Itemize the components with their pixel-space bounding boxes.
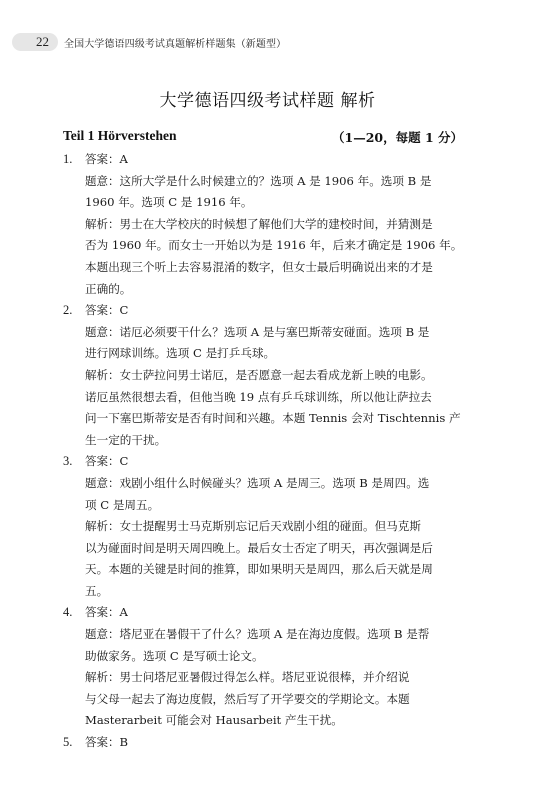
- book-title: 全国大学德语四级考试真题解析样题集（新题型）: [64, 35, 286, 50]
- analysis-line: 五。: [85, 581, 463, 603]
- answer-value: A: [120, 605, 128, 619]
- analysis-label: 解析：: [85, 519, 120, 533]
- answer-label: 答案：: [85, 605, 120, 619]
- answer-label: 答案：: [85, 454, 120, 468]
- analysis-label: 解析：: [85, 217, 120, 231]
- analysis-line: 问一下塞巴斯蒂安是否有时间和兴趣。本题 Tennis 会对 Tischtenni…: [85, 408, 463, 430]
- meaning-text: 这所大学是什么时候建立的？选项 A 是 1906 年。选项 B 是: [120, 174, 432, 188]
- meaning-line: 题意：戏剧小组什么时候碰头？选项 A 是周三。选项 B 是周四。选: [85, 473, 463, 495]
- answer-item: 3. 答案：C 题意：戏剧小组什么时候碰头？选项 A 是周三。选项 B 是周四。…: [63, 451, 463, 602]
- section-score: （1—20，每题 1 分）: [332, 128, 463, 146]
- answer-label: 答案：: [85, 735, 120, 749]
- meaning-label: 题意：: [85, 325, 120, 339]
- answer-list: 1. 答案：A 题意：这所大学是什么时候建立的？选项 A 是 1906 年。选项…: [63, 149, 463, 754]
- analysis-line: 与父母一起去了海边度假，然后写了开学要交的学期论文。本题: [85, 689, 463, 711]
- meaning-label: 题意：: [85, 627, 120, 641]
- analysis-line: 正确的。: [85, 279, 463, 301]
- section-heading: Teil 1 Hörverstehen （1—20，每题 1 分）: [63, 128, 463, 146]
- answer-value: C: [120, 454, 129, 468]
- answer-item: 1. 答案：A 题意：这所大学是什么时候建立的？选项 A 是 1906 年。选项…: [63, 149, 463, 300]
- answer-label: 答案：: [85, 303, 120, 317]
- meaning-line: 题意：塔尼亚在暑假干了什么？选项 A 是在海边度假。选项 B 是帮: [85, 624, 463, 646]
- answer-line: 答案：C: [85, 451, 463, 473]
- analysis-text: 男士问塔尼亚暑假过得怎么样。塔尼亚说很棒，并介绍说: [120, 670, 410, 684]
- meaning-line: 1960 年。选项 C 是 1916 年。: [85, 192, 463, 214]
- meaning-line: 进行网球训练。选项 C 是打乒乓球。: [85, 343, 463, 365]
- answer-label: 答案：: [85, 152, 120, 166]
- answer-line: 答案：B: [85, 732, 463, 754]
- answer-item: 4. 答案：A 题意：塔尼亚在暑假干了什么？选项 A 是在海边度假。选项 B 是…: [63, 602, 463, 732]
- analysis-line: 天。本题的关键是时间的推算，即如果明天是周四，那么后天就是周: [85, 559, 463, 581]
- meaning-text: 戏剧小组什么时候碰头？选项 A 是周三。选项 B 是周四。选: [120, 476, 430, 490]
- analysis-label: 解析：: [85, 368, 120, 382]
- running-header: 22 全国大学德语四级考试真题解析样题集（新题型）: [0, 33, 286, 51]
- analysis-line: 诺厄虽然很想去看，但他当晚 19 点有乒乓球训练，所以他让萨拉去: [85, 387, 463, 409]
- analysis-line: 解析：女士提醒男士马克斯别忘记后天戏剧小组的碰面。但马克斯: [85, 516, 463, 538]
- meaning-line: 助做家务。选项 C 是写硕士论文。: [85, 646, 463, 668]
- item-number: 5.: [63, 732, 72, 754]
- analysis-line: 解析：男士在大学校庆的时候想了解他们大学的建校时间，并猜测是: [85, 214, 463, 236]
- analysis-line: 生一定的干扰。: [85, 430, 463, 452]
- item-number: 2.: [63, 300, 72, 322]
- answer-item: 5. 答案：B: [63, 732, 463, 754]
- answer-value: A: [120, 152, 128, 166]
- answer-value: B: [120, 735, 129, 749]
- item-number: 4.: [63, 602, 72, 624]
- meaning-line: 题意：诺厄必须要干什么？选项 A 是与塞巴斯蒂安碰面。选项 B 是: [85, 322, 463, 344]
- item-number: 1.: [63, 149, 72, 171]
- analysis-line: 解析：男士问塔尼亚暑假过得怎么样。塔尼亚说很棒，并介绍说: [85, 667, 463, 689]
- analysis-line: Masterarbeit 可能会对 Hausarbeit 产生干扰。: [85, 710, 463, 732]
- page-title: 大学德语四级考试样题 解析: [0, 86, 535, 111]
- answer-item: 2. 答案：C 题意：诺厄必须要干什么？选项 A 是与塞巴斯蒂安碰面。选项 B …: [63, 300, 463, 451]
- meaning-label: 题意：: [85, 476, 120, 490]
- analysis-text: 男士在大学校庆的时候想了解他们大学的建校时间，并猜测是: [120, 217, 433, 231]
- answer-value: C: [120, 303, 129, 317]
- meaning-text: 诺厄必须要干什么？选项 A 是与塞巴斯蒂安碰面。选项 B 是: [120, 325, 430, 339]
- analysis-line: 本题出现三个听上去容易混淆的数字，但女士最后明确说出来的才是: [85, 257, 463, 279]
- analysis-line: 否为 1960 年。而女士一开始以为是 1916 年，后来才确定是 1906 年…: [85, 235, 463, 257]
- page-number-badge: 22: [12, 33, 58, 51]
- analysis-label: 解析：: [85, 670, 120, 684]
- answer-line: 答案：A: [85, 602, 463, 624]
- meaning-text: 塔尼亚在暑假干了什么？选项 A 是在海边度假。选项 B 是帮: [120, 627, 430, 641]
- analysis-line: 解析：女士萨拉问男士诺厄，是否愿意一起去看成龙新上映的电影。: [85, 365, 463, 387]
- answer-line: 答案：A: [85, 149, 463, 171]
- item-number: 3.: [63, 451, 72, 473]
- answer-line: 答案：C: [85, 300, 463, 322]
- analysis-text: 女士提醒男士马克斯别忘记后天戏剧小组的碰面。但马克斯: [120, 519, 421, 533]
- meaning-line: 题意：这所大学是什么时候建立的？选项 A 是 1906 年。选项 B 是: [85, 171, 463, 193]
- analysis-line: 以为碰面时间是明天周四晚上。最后女士否定了明天，再次强调是后: [85, 538, 463, 560]
- meaning-label: 题意：: [85, 174, 120, 188]
- page-number: 22: [36, 34, 49, 50]
- analysis-text: 女士萨拉问男士诺厄，是否愿意一起去看成龙新上映的电影。: [120, 368, 433, 382]
- section-title: Teil 1 Hörverstehen: [63, 128, 176, 146]
- meaning-line: 项 C 是周五。: [85, 495, 463, 517]
